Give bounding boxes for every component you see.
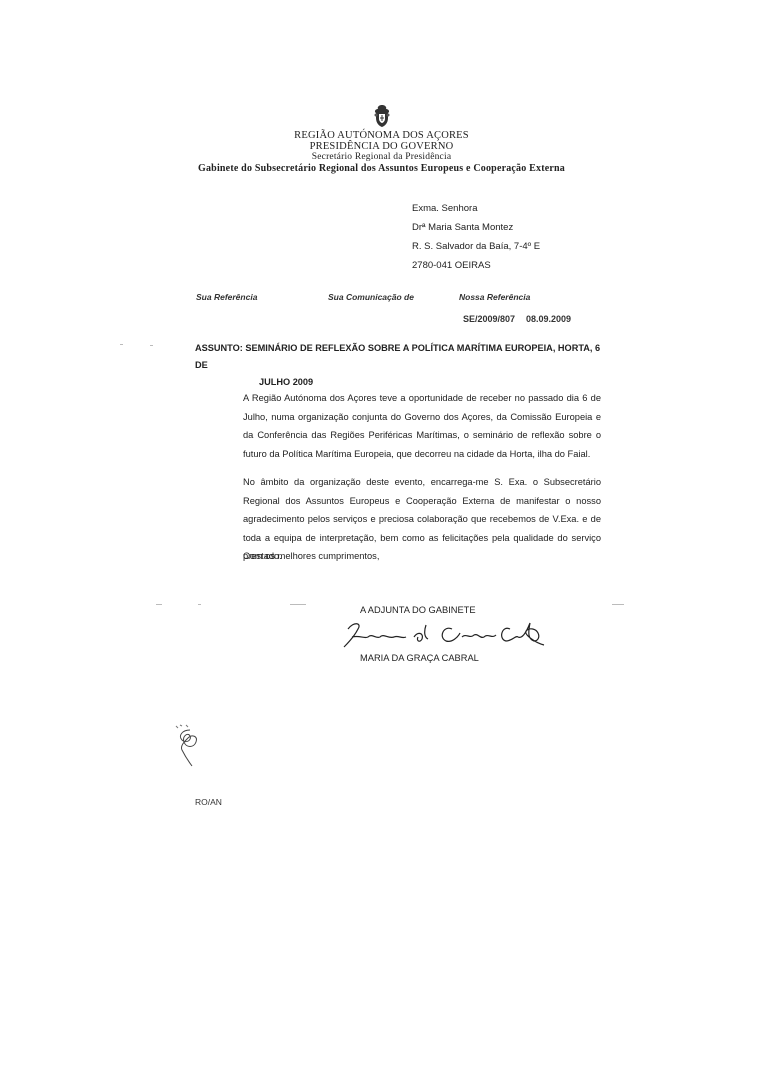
letterhead-secretary: Secretário Regional da Presidência <box>0 152 763 163</box>
scan-speck <box>198 604 201 605</box>
sua-comunicacao-label: Sua Comunicação de <box>328 292 414 302</box>
handwritten-signature-icon <box>340 615 550 651</box>
letterhead-presidency: PRESIDÊNCIA DO GOVERNO <box>0 141 763 152</box>
letterhead-cabinet: Gabinete do Subsecretário Regional dos A… <box>0 163 763 174</box>
subject: ASSUNTO: SEMINÁRIO DE REFLEXÃO SOBRE A P… <box>195 340 605 391</box>
recipient-name: Drª Maria Santa Montez <box>412 218 540 237</box>
scan-speck <box>290 604 306 605</box>
scan-speck <box>156 604 162 605</box>
recipient-postal: 2780-041 OEIRAS <box>412 256 540 275</box>
body-paragraph-1: A Região Autónoma dos Açores teve a opor… <box>243 389 601 463</box>
typist-reference: RO/AN <box>195 797 222 807</box>
closing: Com os melhores cumprimentos, <box>243 551 379 561</box>
signatory-name: MARIA DA GRAÇA CABRAL <box>360 653 479 663</box>
recipient-street: R. S. Salvador da Baía, 7-4º E <box>412 237 540 256</box>
letterhead-region: REGIÃO AUTÓNOMA DOS AÇORES <box>0 130 763 141</box>
recipient-address: Exma. Senhora Drª Maria Santa Montez R. … <box>412 199 540 275</box>
nossa-referencia-label: Nossa Referência <box>459 292 530 302</box>
handwritten-initials-icon <box>170 722 210 772</box>
coat-of-arms-icon <box>371 104 393 128</box>
subject-line-1: ASSUNTO: SEMINÁRIO DE REFLEXÃO SOBRE A P… <box>195 340 605 374</box>
letter-date: 08.09.2009 <box>526 314 571 324</box>
recipient-salutation: Exma. Senhora <box>412 199 540 218</box>
letterhead: REGIÃO AUTÓNOMA DOS AÇORES PRESIDÊNCIA D… <box>0 104 763 174</box>
signatory-title: A ADJUNTA DO GABINETE <box>360 605 476 615</box>
scan-speck <box>150 345 153 346</box>
scan-speck <box>612 604 624 605</box>
sua-referencia-label: Sua Referência <box>196 292 257 302</box>
scan-speck <box>120 344 123 345</box>
nossa-referencia-value: SE/2009/807 <box>463 314 515 324</box>
